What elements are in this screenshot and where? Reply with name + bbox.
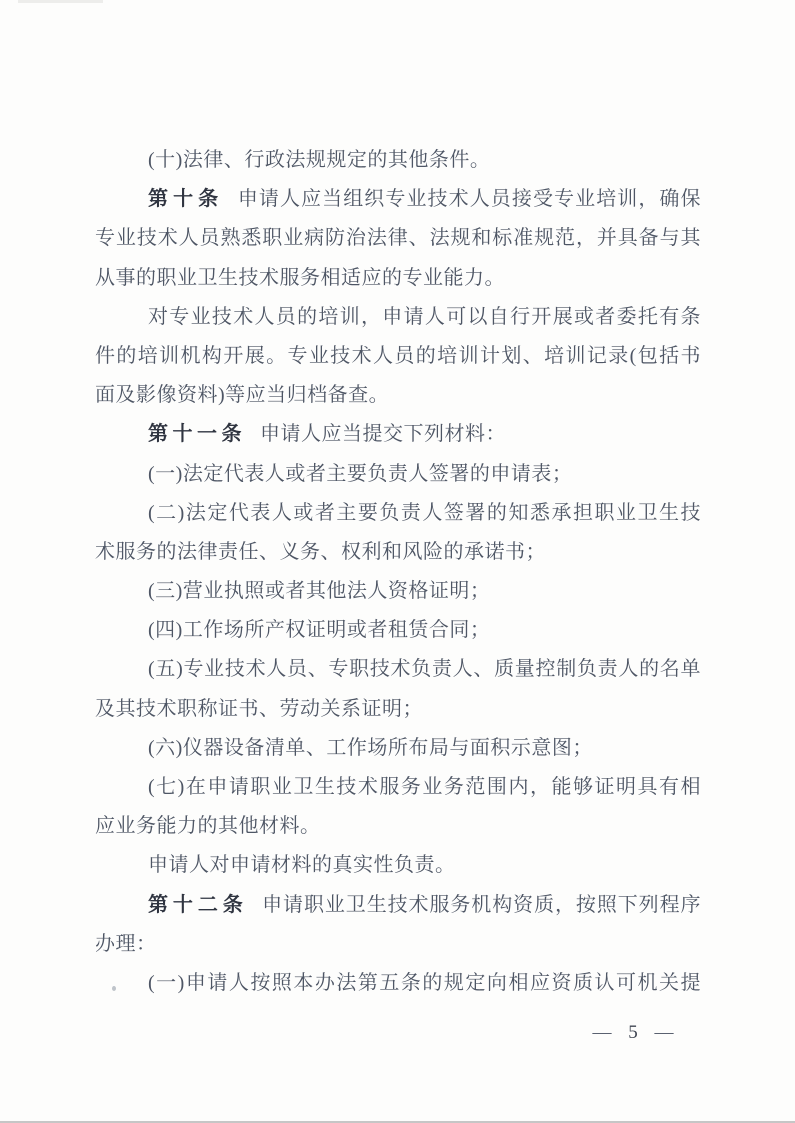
text-line-18: 应业务能力的其他材料。	[95, 807, 701, 846]
line-text: 申请人应当提交下列材料：	[260, 423, 506, 445]
line-text: (二)法定代表人或者主要负责人签署的知悉承担职业卫生技	[148, 502, 701, 524]
line-text: 申请人对申请材料的真实性负责。	[148, 854, 456, 876]
text-line-13: (四)工作场所产权证明或者租赁合同；	[95, 611, 701, 650]
text-line-6: 件的培训机构开展。专业技术人员的培训计划、培训记录(包括书	[95, 337, 701, 376]
text-line-7: 面及影像资料)等应当归档备查。	[95, 376, 701, 415]
line-text: (四)工作场所产权证明或者租赁合同；	[148, 619, 490, 641]
scan-edge-artifact-top	[18, 0, 103, 3]
scanned-document-page: (十)法律、行政法规规定的其他条件。第十条申请人应当组织专业技术人员接受专业培训…	[0, 0, 795, 1123]
text-line-1: (十)法律、行政法规规定的其他条件。	[95, 141, 701, 180]
text-line-3: 专业技术人员熟悉职业病防治法律、法规和标准规范，并具备与其	[95, 219, 701, 258]
page-number-value: 5	[628, 1022, 638, 1043]
line-text: 及其技术职称证书、劳动关系证明；	[95, 698, 423, 720]
line-text: (三)营业执照或者其他法人资格证明；	[148, 580, 490, 602]
line-text: 术服务的法律责任、义务、权利和风险的承诺书；	[95, 541, 546, 563]
text-line-10: (二)法定代表人或者主要负责人签署的知悉承担职业卫生技	[95, 494, 701, 533]
line-text: (六)仪器设备清单、工作场所布局与面积示意图；	[148, 737, 593, 759]
line-text: 从事的职业卫生技术服务相适应的专业能力。	[95, 267, 505, 289]
line-text: 应业务能力的其他材料。	[95, 815, 321, 837]
line-text: (十)法律、行政法规规定的其他条件。	[148, 149, 490, 171]
line-text: (一)申请人按照本办法第五条的规定向相应资质认可机关提	[148, 972, 701, 994]
line-text: 专业技术人员熟悉职业病防治法律、法规和标准规范，并具备与其	[95, 227, 701, 249]
line-text: (一)法定代表人或者主要负责人签署的申请表；	[148, 463, 572, 485]
page-number-dash-right: —	[655, 1022, 674, 1043]
line-text: 办理：	[95, 933, 157, 955]
text-line-9: (一)法定代表人或者主要负责人签署的申请表；	[95, 455, 701, 494]
text-line-14: (五)专业技术人员、专职技术负责人、质量控制负责人的名单	[95, 650, 701, 689]
line-text: 面及影像资料)等应当归档备查。	[95, 384, 389, 406]
page-number-dash-left: —	[593, 1022, 612, 1043]
article-number: 第十二条	[148, 894, 248, 916]
article-number: 第十条	[148, 188, 223, 210]
article-number: 第十一条	[148, 423, 246, 445]
line-text: (七)在申请职业卫生技术服务业务范围内，能够证明具有相	[148, 776, 701, 798]
text-line-19: 申请人对申请材料的真实性负责。	[95, 846, 701, 885]
scan-speck	[112, 986, 116, 991]
text-line-8: 第十一条申请人应当提交下列材料：	[95, 415, 701, 454]
line-text: 申请职业卫生技术服务机构资质，按照下列程序	[262, 894, 701, 916]
text-line-22: (一)申请人按照本办法第五条的规定向相应资质认可机关提	[95, 964, 701, 1003]
text-line-12: (三)营业执照或者其他法人资格证明；	[95, 572, 701, 611]
line-text: (五)专业技术人员、专职技术负责人、质量控制负责人的名单	[148, 658, 701, 680]
text-line-5: 对专业技术人员的培训，申请人可以自行开展或者委托有条	[95, 298, 701, 337]
line-text: 申请人应当组织专业技术人员接受专业培训，确保	[237, 188, 701, 210]
text-line-4: 从事的职业卫生技术服务相适应的专业能力。	[95, 259, 701, 298]
text-line-16: (六)仪器设备清单、工作场所布局与面积示意图；	[95, 729, 701, 768]
text-line-11: 术服务的法律责任、义务、权利和风险的承诺书；	[95, 533, 701, 572]
text-line-20: 第十二条申请职业卫生技术服务机构资质，按照下列程序	[95, 886, 701, 925]
text-line-2: 第十条申请人应当组织专业技术人员接受专业培训，确保	[95, 180, 701, 219]
page-number: — 5 —	[583, 1018, 683, 1048]
text-line-21: 办理：	[95, 925, 701, 964]
text-line-17: (七)在申请职业卫生技术服务业务范围内，能够证明具有相	[95, 768, 701, 807]
text-line-15: 及其技术职称证书、劳动关系证明；	[95, 690, 701, 729]
line-text: 对专业技术人员的培训，申请人可以自行开展或者委托有条	[148, 306, 701, 328]
document-body: (十)法律、行政法规规定的其他条件。第十条申请人应当组织专业技术人员接受专业培训…	[95, 141, 701, 1003]
line-text: 件的培训机构开展。专业技术人员的培训计划、培训记录(包括书	[95, 345, 701, 367]
